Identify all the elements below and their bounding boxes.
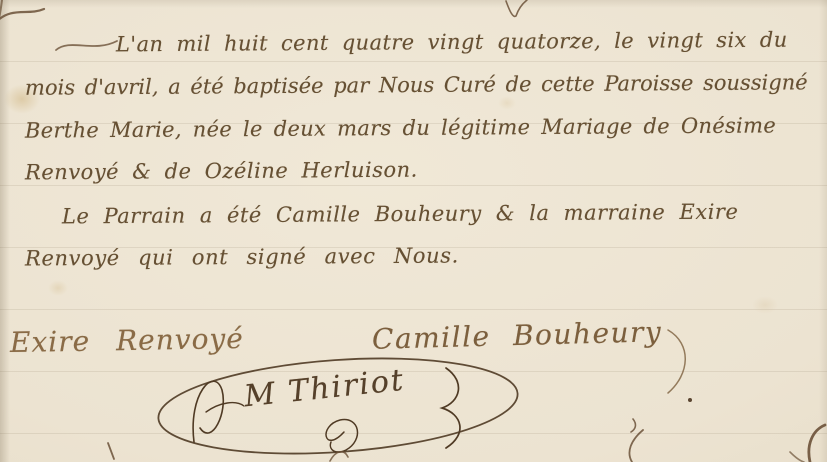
act-line-5: Le Parrain a été Camille Bouheury & la m… xyxy=(62,202,738,228)
page-edge-shadow-left xyxy=(0,0,10,462)
signature-godfather: Camille Bouheury xyxy=(372,318,663,354)
act-line-2: mois d'avril, a été baptisée par Nous Cu… xyxy=(25,72,808,98)
paper-stain xyxy=(752,296,778,314)
register-page: L'an mil huit cent quatre vingt quatorze… xyxy=(0,0,827,462)
page-edge-shadow-right xyxy=(819,0,827,462)
paper-stain xyxy=(498,96,516,110)
act-line-6: Renvoyé qui ont signé avec Nous. xyxy=(25,245,459,269)
paper-stain xyxy=(48,280,68,296)
signature-cure: M Thiriot xyxy=(148,356,524,460)
page-edge-shadow-top xyxy=(0,0,827,8)
act-line-4: Renvoyé & de Ozéline Herluison. xyxy=(25,160,418,184)
act-line-1: L'an mil huit cent quatre vingt quatorze… xyxy=(116,30,788,56)
act-line-3: Berthe Marie, née le deux mars du légiti… xyxy=(25,115,776,141)
signature-godmother: Exire Renvoyé xyxy=(10,325,244,357)
